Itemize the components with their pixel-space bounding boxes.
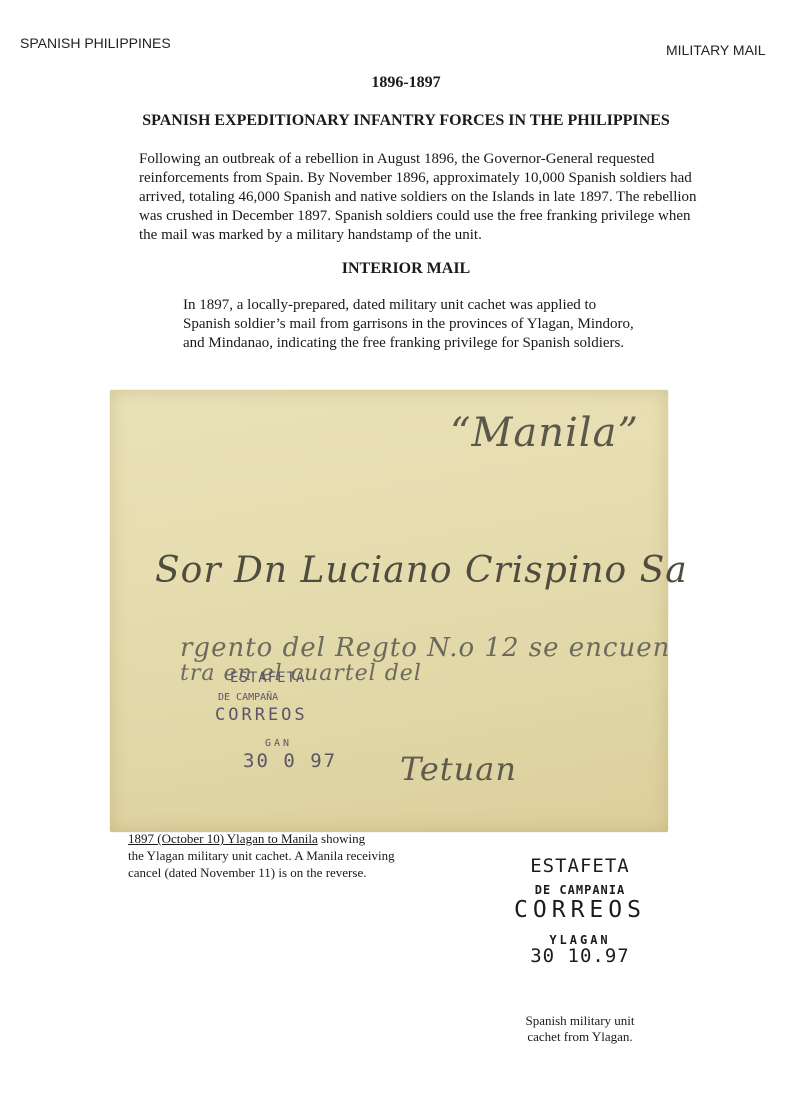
intro-line: was crushed in December 1897. Spanish so… (139, 207, 699, 226)
envelope-address-line: Tetuan (400, 750, 517, 788)
envelope-address-line: rgento del Regto N.o 12 se encuen (180, 633, 670, 663)
envelope-destination: “Manila” (450, 410, 639, 456)
cachet-line: DE CAMPANIA (500, 883, 660, 897)
header-right-title: MILITARY MAIL (666, 42, 766, 58)
cachet-caption: Spanish military unit cachet from Ylagan… (500, 1013, 660, 1045)
cachet-line: ESTAFETA (500, 855, 660, 877)
stamp-line: GAN (265, 738, 292, 749)
section-line: Spanish soldier’s mail from garrisons in… (183, 315, 683, 334)
section-line: and Mindanao, indicating the free franki… (183, 334, 683, 353)
cachet-line: 30 10.97 (500, 945, 660, 967)
intro-line: Following an outbreak of a rebellion in … (139, 150, 699, 169)
caption-text: cancel (dated November 11) is on the rev… (128, 864, 428, 881)
caption-text: Spanish military unit (500, 1013, 660, 1029)
stamp-line: CORREOS (215, 705, 308, 725)
envelope-image: “Manila” Sor Dn Luciano Crispino Sa rgen… (110, 390, 668, 832)
caption-text: showing (318, 831, 365, 846)
caption-text: cachet from Ylagan. (500, 1029, 660, 1045)
section-title: INTERIOR MAIL (0, 260, 812, 278)
caption-text: the Ylagan military unit cachet. A Manil… (128, 847, 428, 864)
stamp-line: DE CAMPAÑA (218, 692, 278, 703)
header-left-title: SPANISH PHILIPPINES (20, 35, 171, 51)
envelope-caption: 1897 (October 10) Ylagan to Manila showi… (128, 830, 428, 881)
cachet-line: CORREOS (500, 897, 660, 923)
section-paragraph: In 1897, a locally-prepared, dated milit… (183, 296, 683, 353)
stamp-line: ESTAFETA (230, 670, 305, 686)
cachet-enlargement: ESTAFETA DE CAMPANIA CORREOS YLAGAN 30 1… (500, 855, 660, 967)
intro-paragraph: Following an outbreak of a rebellion in … (139, 150, 699, 245)
envelope-address-line: Sor Dn Luciano Crispino Sa (155, 550, 688, 591)
intro-line: reinforcements from Spain. By November 1… (139, 169, 699, 188)
section-line: In 1897, a locally-prepared, dated milit… (183, 296, 683, 315)
date-range: 1896-1897 (0, 74, 812, 92)
caption-underlined: 1897 (October 10) Ylagan to Manila (128, 831, 318, 846)
intro-line: the mail was marked by a military handst… (139, 226, 699, 245)
intro-line: arrived, totaling 46,000 Spanish and nat… (139, 188, 699, 207)
page-title: SPANISH EXPEDITIONARY INFANTRY FORCES IN… (0, 112, 812, 130)
stamp-line: 30 0 97 (243, 750, 337, 772)
